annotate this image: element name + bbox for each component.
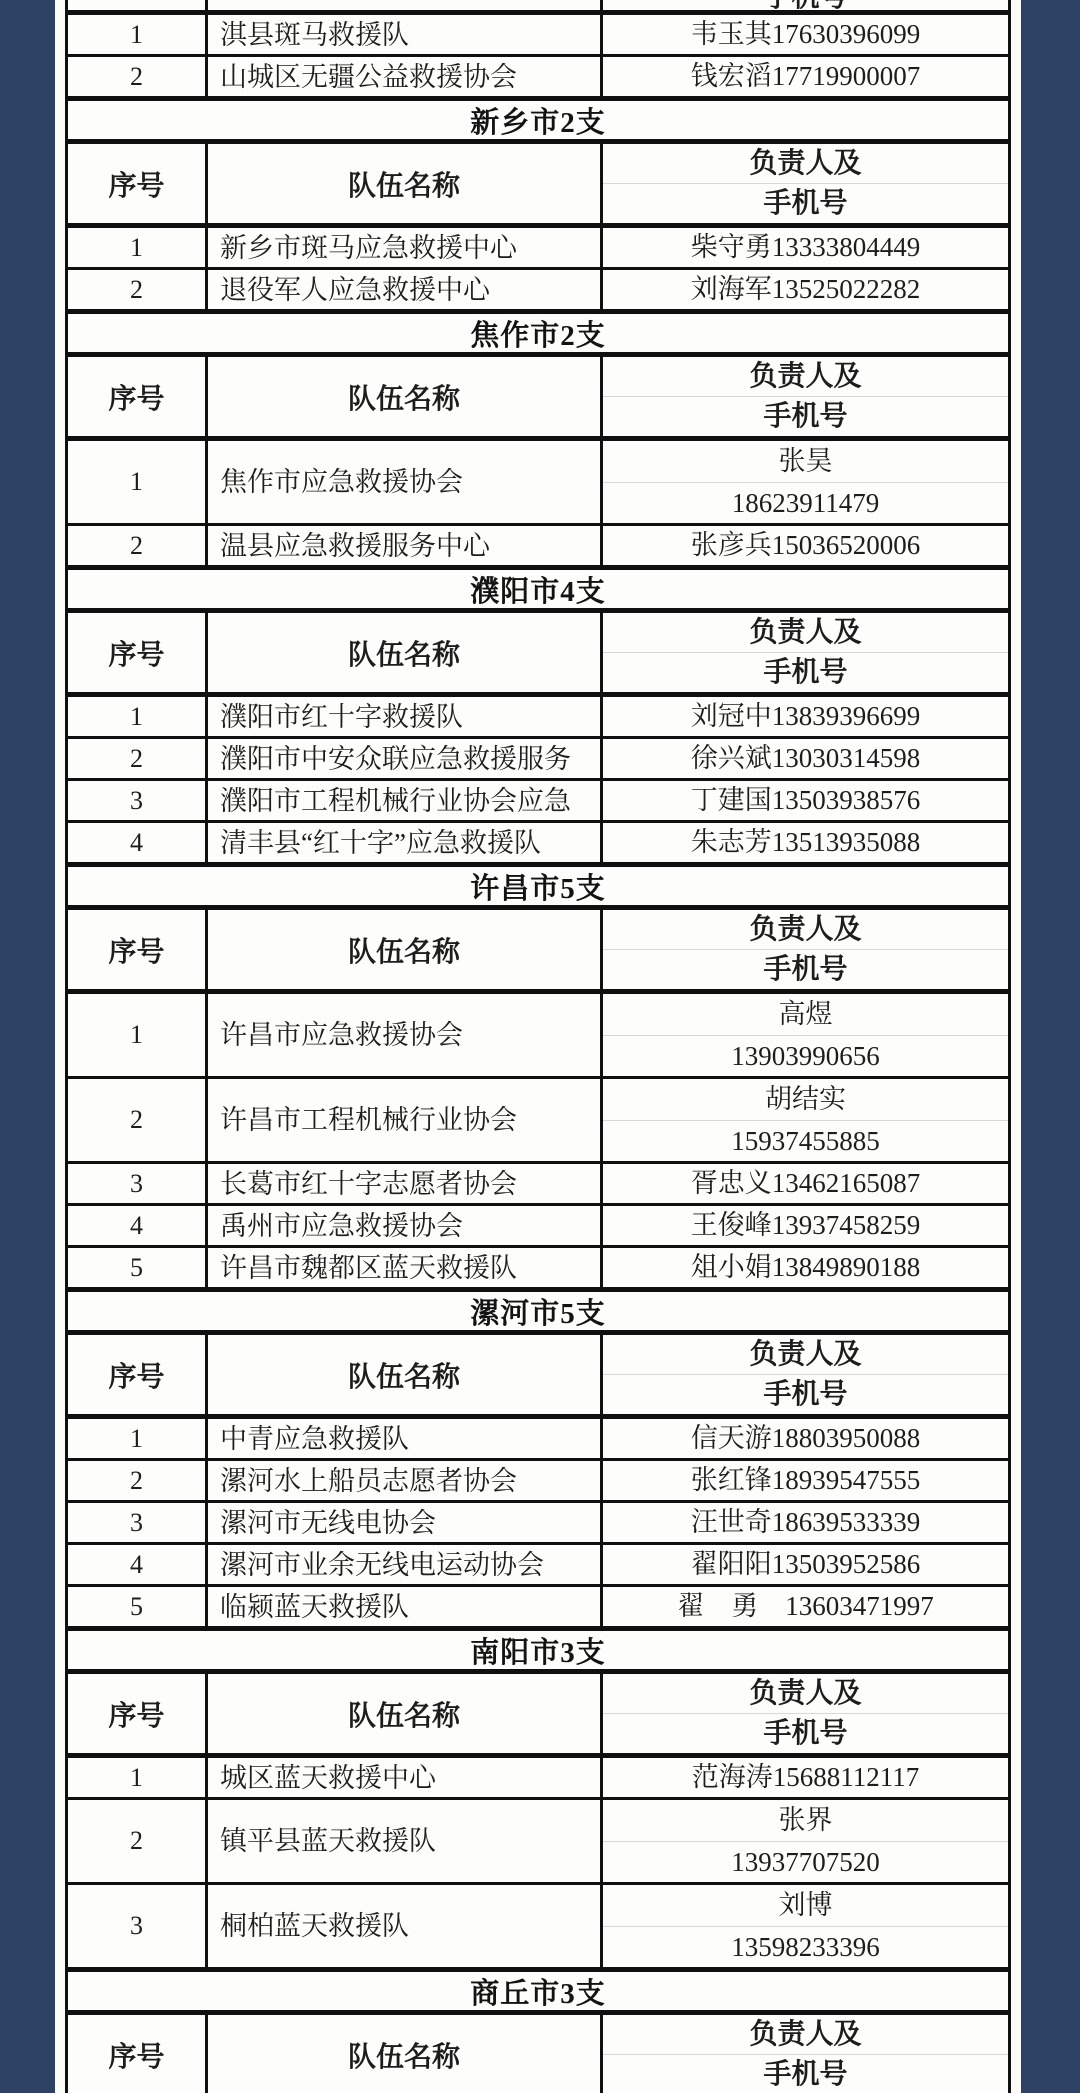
table-header-inner: 序号队伍名称负责人及手机号: [68, 1674, 1008, 1753]
team-name: 新乡市斑马应急救援中心: [220, 230, 517, 266]
team-header-label: 队伍名称: [348, 377, 460, 417]
seq-value: 3: [130, 1508, 143, 1538]
contact-value: 王俊峰13937458259: [603, 1206, 1008, 1245]
contact-value: 张红锋18939547555: [603, 1461, 1008, 1500]
table-row: 1焦作市应急救援协会张昊18623911479: [68, 436, 1008, 523]
table-header-inner: 序号队伍名称负责人及手机号: [68, 910, 1008, 989]
table-row: 2濮阳市中安众联应急救援服务中心徐兴斌13030314598: [68, 736, 1008, 778]
seq-cell: 1: [68, 441, 208, 523]
contact-header-cell: 负责人及手机号: [603, 357, 1008, 436]
seq-header-label: 序号: [108, 377, 164, 417]
seq-value: 2: [130, 744, 143, 774]
team-header-cell: 队伍名称: [208, 2015, 603, 2093]
table-header-inner: 序号队伍名称负责人及手机号: [68, 1335, 1008, 1414]
seq-value: 1: [130, 1020, 143, 1050]
seq-cell: 2: [68, 1079, 208, 1161]
contact-cell: 胥忠义13462165087: [603, 1164, 1008, 1203]
team-header-cell: 队伍名称: [208, 910, 603, 989]
contact-phone-line: 18623911479: [603, 483, 1008, 524]
contact-header-line2: 手机号: [603, 1714, 1008, 1753]
table-row: 3桐柏蓝天救援队刘博13598233396: [68, 1882, 1008, 1967]
team-cell: 城区蓝天救援中心: [208, 1758, 603, 1797]
contact-cell: 高煜13903990656: [603, 994, 1008, 1076]
contact-cell: 信天游18803950088: [603, 1419, 1008, 1458]
seq-header-cell: 序号: [68, 910, 208, 989]
table-row: 1濮阳市红十字救援队刘冠中13839396699: [68, 692, 1008, 736]
table-row: 2温县应急救援服务中心张彦兵15036520006: [68, 523, 1008, 565]
section-title: 许昌市5支: [68, 862, 1008, 905]
section-title: 新乡市2支: [68, 96, 1008, 139]
contact-header-cell: 负责人及手机号: [603, 144, 1008, 223]
table-row: 2许昌市工程机械行业协会胡结实15937455885: [68, 1076, 1008, 1161]
team-name: 温县应急救援服务中心: [220, 528, 490, 564]
contact-cell: 翟阳阳13503952586: [603, 1545, 1008, 1584]
contact-name-line: 胡结实: [603, 1079, 1008, 1121]
team-cell: 淇县斑马救援队: [208, 15, 603, 54]
table-row: 4漯河市业余无线电运动协会翟阳阳13503952586: [68, 1542, 1008, 1584]
table-header-row-clipped: 序号队伍名称负责人及手机号: [68, 0, 1008, 10]
team-name: 许昌市魏都区蓝天救援队: [220, 1250, 517, 1286]
team-cell: 焦作市应急救援协会: [208, 441, 603, 523]
contact-value: 刘冠中13839396699: [603, 697, 1008, 736]
team-header-label: 队伍名称: [348, 930, 460, 970]
contact-header-line1: 负责人及: [603, 910, 1008, 950]
seq-cell: 1: [68, 228, 208, 267]
table-row: 1中青应急救援队信天游18803950088: [68, 1414, 1008, 1458]
contact-name-line: 张昊: [603, 441, 1008, 483]
seq-cell: 4: [68, 1206, 208, 1245]
contact-cell: 王俊峰13937458259: [603, 1206, 1008, 1245]
contact-header-line2: 手机号: [603, 397, 1008, 436]
contact-value: 朱志芳13513935088: [603, 823, 1008, 862]
contact-phone-line: 13937707520: [603, 1842, 1008, 1883]
team-name: 漯河市业余无线电运动协会: [220, 1547, 544, 1583]
team-cell: 临颍蓝天救援队: [208, 1587, 603, 1626]
contact-value: 柴守勇13333804449: [603, 228, 1008, 267]
seq-header-label: 序号: [108, 1355, 164, 1395]
paper-sheet: 序号队伍名称负责人及手机号1淇县斑马救援队韦玉其176303960992山城区无…: [55, 0, 1021, 2093]
contact-phone-line: 15937455885: [603, 1121, 1008, 1162]
team-name: 濮阳市中安众联应急救援服务中心: [220, 741, 596, 778]
team-cell: 长葛市红十字志愿者协会: [208, 1164, 603, 1203]
seq-cell: 2: [68, 1800, 208, 1882]
team-cell: 桐柏蓝天救援队: [208, 1885, 603, 1967]
contact-header-line2: 手机号: [603, 653, 1008, 692]
contact-header-line1: 负责人及: [603, 613, 1008, 653]
team-cell: 漯河水上船员志愿者协会: [208, 1461, 603, 1500]
team-cell: 漯河市无线电协会: [208, 1503, 603, 1542]
seq-header-cell: 序号: [68, 144, 208, 223]
table-row: 2退役军人应急救援中心刘海军13525022282: [68, 267, 1008, 309]
seq-header-label: 序号: [108, 2035, 164, 2075]
seq-cell: 1: [68, 1419, 208, 1458]
seq-cell: 3: [68, 781, 208, 820]
section-title: 南阳市3支: [68, 1626, 1008, 1669]
table-header-row: 序号队伍名称负责人及手机号: [68, 2010, 1008, 2093]
seq-value: 4: [130, 1211, 143, 1241]
team-cell: 禹州市应急救援协会: [208, 1206, 603, 1245]
contact-value: 翟阳阳13503952586: [603, 1545, 1008, 1584]
contact-name-line: 张界: [603, 1800, 1008, 1842]
seq-value: 2: [130, 531, 143, 561]
team-header-cell: 队伍名称: [208, 1335, 603, 1414]
seq-value: 2: [130, 62, 143, 92]
seq-header-cell: 序号: [68, 0, 208, 10]
seq-cell: 2: [68, 270, 208, 309]
team-cell: 许昌市工程机械行业协会: [208, 1079, 603, 1161]
team-name: 焦作市应急救援协会: [220, 466, 463, 498]
contact-header-line2: 手机号: [603, 184, 1008, 223]
team-cell: 濮阳市工程机械行业协会应急救援队: [208, 781, 603, 820]
team-cell: 清丰县“红十字”应急救援队: [208, 823, 603, 862]
contact-header-cell: 负责人及手机号: [603, 2015, 1008, 2093]
team-header-label: 队伍名称: [348, 1694, 460, 1734]
seq-cell: 1: [68, 994, 208, 1076]
team-name: 漯河市无线电协会: [220, 1505, 436, 1541]
contact-header-line1: 负责人及: [603, 1674, 1008, 1714]
table-header-inner: 序号队伍名称负责人及手机号: [68, 144, 1008, 223]
seq-value: 2: [130, 1105, 143, 1135]
contact-cell: 韦玉其17630396099: [603, 15, 1008, 54]
seq-value: 3: [130, 786, 143, 816]
table-header-inner: 序号队伍名称负责人及手机号: [68, 2015, 1008, 2093]
team-cell: 濮阳市红十字救援队: [208, 697, 603, 736]
contact-cell: 汪世奇18639533339: [603, 1503, 1008, 1542]
table-header-row: 序号队伍名称负责人及手机号: [68, 1669, 1008, 1753]
team-name: 濮阳市红十字救援队: [220, 699, 463, 735]
contact-value: 丁建国13503938576: [603, 781, 1008, 820]
contact-value: 张彦兵15036520006: [603, 526, 1008, 565]
seq-header-label: 序号: [108, 930, 164, 970]
seq-cell: 1: [68, 1758, 208, 1797]
team-name: 禹州市应急救援协会: [220, 1208, 463, 1244]
table-header-inner: 序号队伍名称负责人及手机号: [68, 0, 1008, 10]
team-name: 桐柏蓝天救援队: [220, 1910, 409, 1942]
contact-cell: 钱宏滔17719900007: [603, 57, 1008, 96]
table-row: 5许昌市魏都区蓝天救援队俎小娟13849890188: [68, 1245, 1008, 1287]
table-row: 5临颍蓝天救援队翟 勇 13603471997: [68, 1584, 1008, 1626]
team-cell: 新乡市斑马应急救援中心: [208, 228, 603, 267]
seq-cell: 5: [68, 1248, 208, 1287]
table-row: 1城区蓝天救援中心范海涛15688112117: [68, 1753, 1008, 1797]
seq-cell: 3: [68, 1503, 208, 1542]
contact-value: 钱宏滔17719900007: [603, 57, 1008, 96]
table-row: 3漯河市无线电协会汪世奇18639533339: [68, 1500, 1008, 1542]
table-row: 1新乡市斑马应急救援中心柴守勇13333804449: [68, 223, 1008, 267]
contact-header-line2: 手机号: [603, 1375, 1008, 1414]
contact-phone-line: 13598233396: [603, 1927, 1008, 1968]
seq-cell: 2: [68, 57, 208, 96]
team-header-label: 队伍名称: [348, 2035, 460, 2075]
contact-value: 翟 勇 13603471997: [603, 1587, 1008, 1626]
contact-header-cell: 负责人及手机号: [603, 1335, 1008, 1414]
team-header-label: 队伍名称: [348, 164, 460, 204]
team-name: 许昌市应急救援协会: [220, 1019, 463, 1051]
seq-header-label: 序号: [108, 164, 164, 204]
seq-cell: 4: [68, 1545, 208, 1584]
team-cell: 退役军人应急救援中心: [208, 270, 603, 309]
contact-value: 徐兴斌13030314598: [603, 739, 1008, 778]
contact-value: 刘海军13525022282: [603, 270, 1008, 309]
seq-value: 5: [130, 1253, 143, 1283]
team-name: 漯河水上船员志愿者协会: [220, 1463, 517, 1499]
contact-header-line1: 负责人及: [603, 1335, 1008, 1375]
seq-value: 2: [130, 1466, 143, 1496]
team-name: 濮阳市工程机械行业协会应急救援队: [220, 783, 596, 820]
table-header-row: 序号队伍名称负责人及手机号: [68, 608, 1008, 692]
team-cell: 许昌市应急救援协会: [208, 994, 603, 1076]
seq-cell: 5: [68, 1587, 208, 1626]
team-cell: 镇平县蓝天救援队: [208, 1800, 603, 1882]
seq-header-cell: 序号: [68, 2015, 208, 2093]
team-cell: 温县应急救援服务中心: [208, 526, 603, 565]
contact-cell: 翟 勇 13603471997: [603, 1587, 1008, 1626]
contact-name-line: 高煜: [603, 994, 1008, 1036]
seq-header-cell: 序号: [68, 357, 208, 436]
seq-header-cell: 序号: [68, 1335, 208, 1414]
team-header-label: 队伍名称: [348, 633, 460, 673]
table-header-inner: 序号队伍名称负责人及手机号: [68, 613, 1008, 692]
contact-cell: 刘海军13525022282: [603, 270, 1008, 309]
seq-value: 1: [130, 233, 143, 263]
contact-header-line1: 负责人及: [603, 2015, 1008, 2055]
contact-header-line2: 手机号: [603, 2055, 1008, 2093]
table-header-row: 序号队伍名称负责人及手机号: [68, 352, 1008, 436]
team-name: 退役军人应急救援中心: [220, 272, 490, 308]
team-name: 长葛市红十字志愿者协会: [220, 1166, 517, 1202]
seq-cell: 2: [68, 739, 208, 778]
contact-header-cell: 负责人及手机号: [603, 1674, 1008, 1753]
team-cell: 许昌市魏都区蓝天救援队: [208, 1248, 603, 1287]
team-name: 镇平县蓝天救援队: [220, 1825, 436, 1857]
contact-name-line: 刘博: [603, 1885, 1008, 1927]
contact-cell: 胡结实15937455885: [603, 1079, 1008, 1161]
seq-cell: 2: [68, 1461, 208, 1500]
seq-cell: 4: [68, 823, 208, 862]
table-row: 2镇平县蓝天救援队张界13937707520: [68, 1797, 1008, 1882]
seq-cell: 3: [68, 1164, 208, 1203]
contact-cell: 张彦兵15036520006: [603, 526, 1008, 565]
contact-header-cell: 负责人及手机号: [603, 0, 1008, 10]
rescue-teams-table: 序号队伍名称负责人及手机号1淇县斑马救援队韦玉其176303960992山城区无…: [65, 0, 1011, 2093]
team-header-cell: 队伍名称: [208, 357, 603, 436]
contact-cell: 丁建国13503938576: [603, 781, 1008, 820]
contact-header-line1: 负责人及: [603, 144, 1008, 184]
seq-value: 1: [130, 702, 143, 732]
team-name: 淇县斑马救援队: [220, 17, 409, 53]
team-header-cell: 队伍名称: [208, 613, 603, 692]
seq-header-label: 序号: [108, 633, 164, 673]
team-header-label: 队伍名称: [348, 1355, 460, 1395]
team-header-cell: 队伍名称: [208, 0, 603, 10]
seq-header-cell: 序号: [68, 613, 208, 692]
seq-value: 3: [130, 1169, 143, 1199]
table-row: 4禹州市应急救援协会王俊峰13937458259: [68, 1203, 1008, 1245]
team-header-cell: 队伍名称: [208, 144, 603, 223]
contact-phone-line: 13903990656: [603, 1036, 1008, 1077]
team-cell: 山城区无疆公益救援协会: [208, 57, 603, 96]
seq-value: 2: [130, 1826, 143, 1856]
section-title: 商丘市3支: [68, 1967, 1008, 2010]
contact-cell: 俎小娟13849890188: [603, 1248, 1008, 1287]
table-row: 4清丰县“红十字”应急救援队朱志芳13513935088: [68, 820, 1008, 862]
seq-cell: 2: [68, 526, 208, 565]
seq-value: 4: [130, 1550, 143, 1580]
contact-header-cell: 负责人及手机号: [603, 910, 1008, 989]
contact-cell: 朱志芳13513935088: [603, 823, 1008, 862]
contact-header-cell: 负责人及手机号: [603, 613, 1008, 692]
section-title: 濮阳市4支: [68, 565, 1008, 608]
team-header-cell: 队伍名称: [208, 1674, 603, 1753]
table-row: 2山城区无疆公益救援协会钱宏滔17719900007: [68, 54, 1008, 96]
seq-value: 3: [130, 1911, 143, 1941]
seq-value: 1: [130, 467, 143, 497]
table-header-row: 序号队伍名称负责人及手机号: [68, 139, 1008, 223]
contact-cell: 张界13937707520: [603, 1800, 1008, 1882]
contact-value: 范海涛15688112117: [603, 1758, 1008, 1797]
contact-value: 俎小娟13849890188: [603, 1248, 1008, 1287]
contact-cell: 刘冠中13839396699: [603, 697, 1008, 736]
section-title: 焦作市2支: [68, 309, 1008, 352]
team-name: 城区蓝天救援中心: [220, 1760, 436, 1796]
team-name: 清丰县“红十字”应急救援队: [220, 825, 541, 861]
team-cell: 漯河市业余无线电运动协会: [208, 1545, 603, 1584]
contact-value: 胥忠义13462165087: [603, 1164, 1008, 1203]
seq-header-cell: 序号: [68, 1674, 208, 1753]
contact-cell: 徐兴斌13030314598: [603, 739, 1008, 778]
contact-cell: 柴守勇13333804449: [603, 228, 1008, 267]
team-name: 中青应急救援队: [220, 1421, 409, 1457]
seq-cell: 1: [68, 697, 208, 736]
seq-value: 1: [130, 20, 143, 50]
contact-value: 韦玉其17630396099: [603, 15, 1008, 54]
seq-value: 2: [130, 275, 143, 305]
seq-cell: 3: [68, 1885, 208, 1967]
team-name: 许昌市工程机械行业协会: [220, 1104, 517, 1136]
table-header-inner: 序号队伍名称负责人及手机号: [68, 357, 1008, 436]
contact-value: 信天游18803950088: [603, 1419, 1008, 1458]
table-row: 3濮阳市工程机械行业协会应急救援队丁建国13503938576: [68, 778, 1008, 820]
contact-value: 汪世奇18639533339: [603, 1503, 1008, 1542]
seq-value: 4: [130, 828, 143, 858]
contact-cell: 范海涛15688112117: [603, 1758, 1008, 1797]
team-name: 临颍蓝天救援队: [220, 1589, 409, 1625]
contact-header-line2: 手机号: [603, 0, 1008, 10]
table-header-row: 序号队伍名称负责人及手机号: [68, 1330, 1008, 1414]
seq-value: 1: [130, 1763, 143, 1793]
table-row: 1淇县斑马救援队韦玉其17630396099: [68, 10, 1008, 54]
table-row: 1许昌市应急救援协会高煜13903990656: [68, 989, 1008, 1076]
seq-value: 1: [130, 1424, 143, 1454]
seq-header-label: 序号: [108, 1694, 164, 1734]
table-row: 3长葛市红十字志愿者协会胥忠义13462165087: [68, 1161, 1008, 1203]
contact-cell: 刘博13598233396: [603, 1885, 1008, 1967]
section-title: 漯河市5支: [68, 1287, 1008, 1330]
seq-cell: 1: [68, 15, 208, 54]
contact-header-line2: 手机号: [603, 950, 1008, 989]
table-row: 2漯河水上船员志愿者协会张红锋18939547555: [68, 1458, 1008, 1500]
team-name: 山城区无疆公益救援协会: [220, 59, 517, 95]
contact-cell: 张昊18623911479: [603, 441, 1008, 523]
team-cell: 中青应急救援队: [208, 1419, 603, 1458]
team-cell: 濮阳市中安众联应急救援服务中心: [208, 739, 603, 778]
table-header-row: 序号队伍名称负责人及手机号: [68, 905, 1008, 989]
seq-value: 5: [130, 1592, 143, 1622]
contact-header-line1: 负责人及: [603, 357, 1008, 397]
contact-cell: 张红锋18939547555: [603, 1461, 1008, 1500]
